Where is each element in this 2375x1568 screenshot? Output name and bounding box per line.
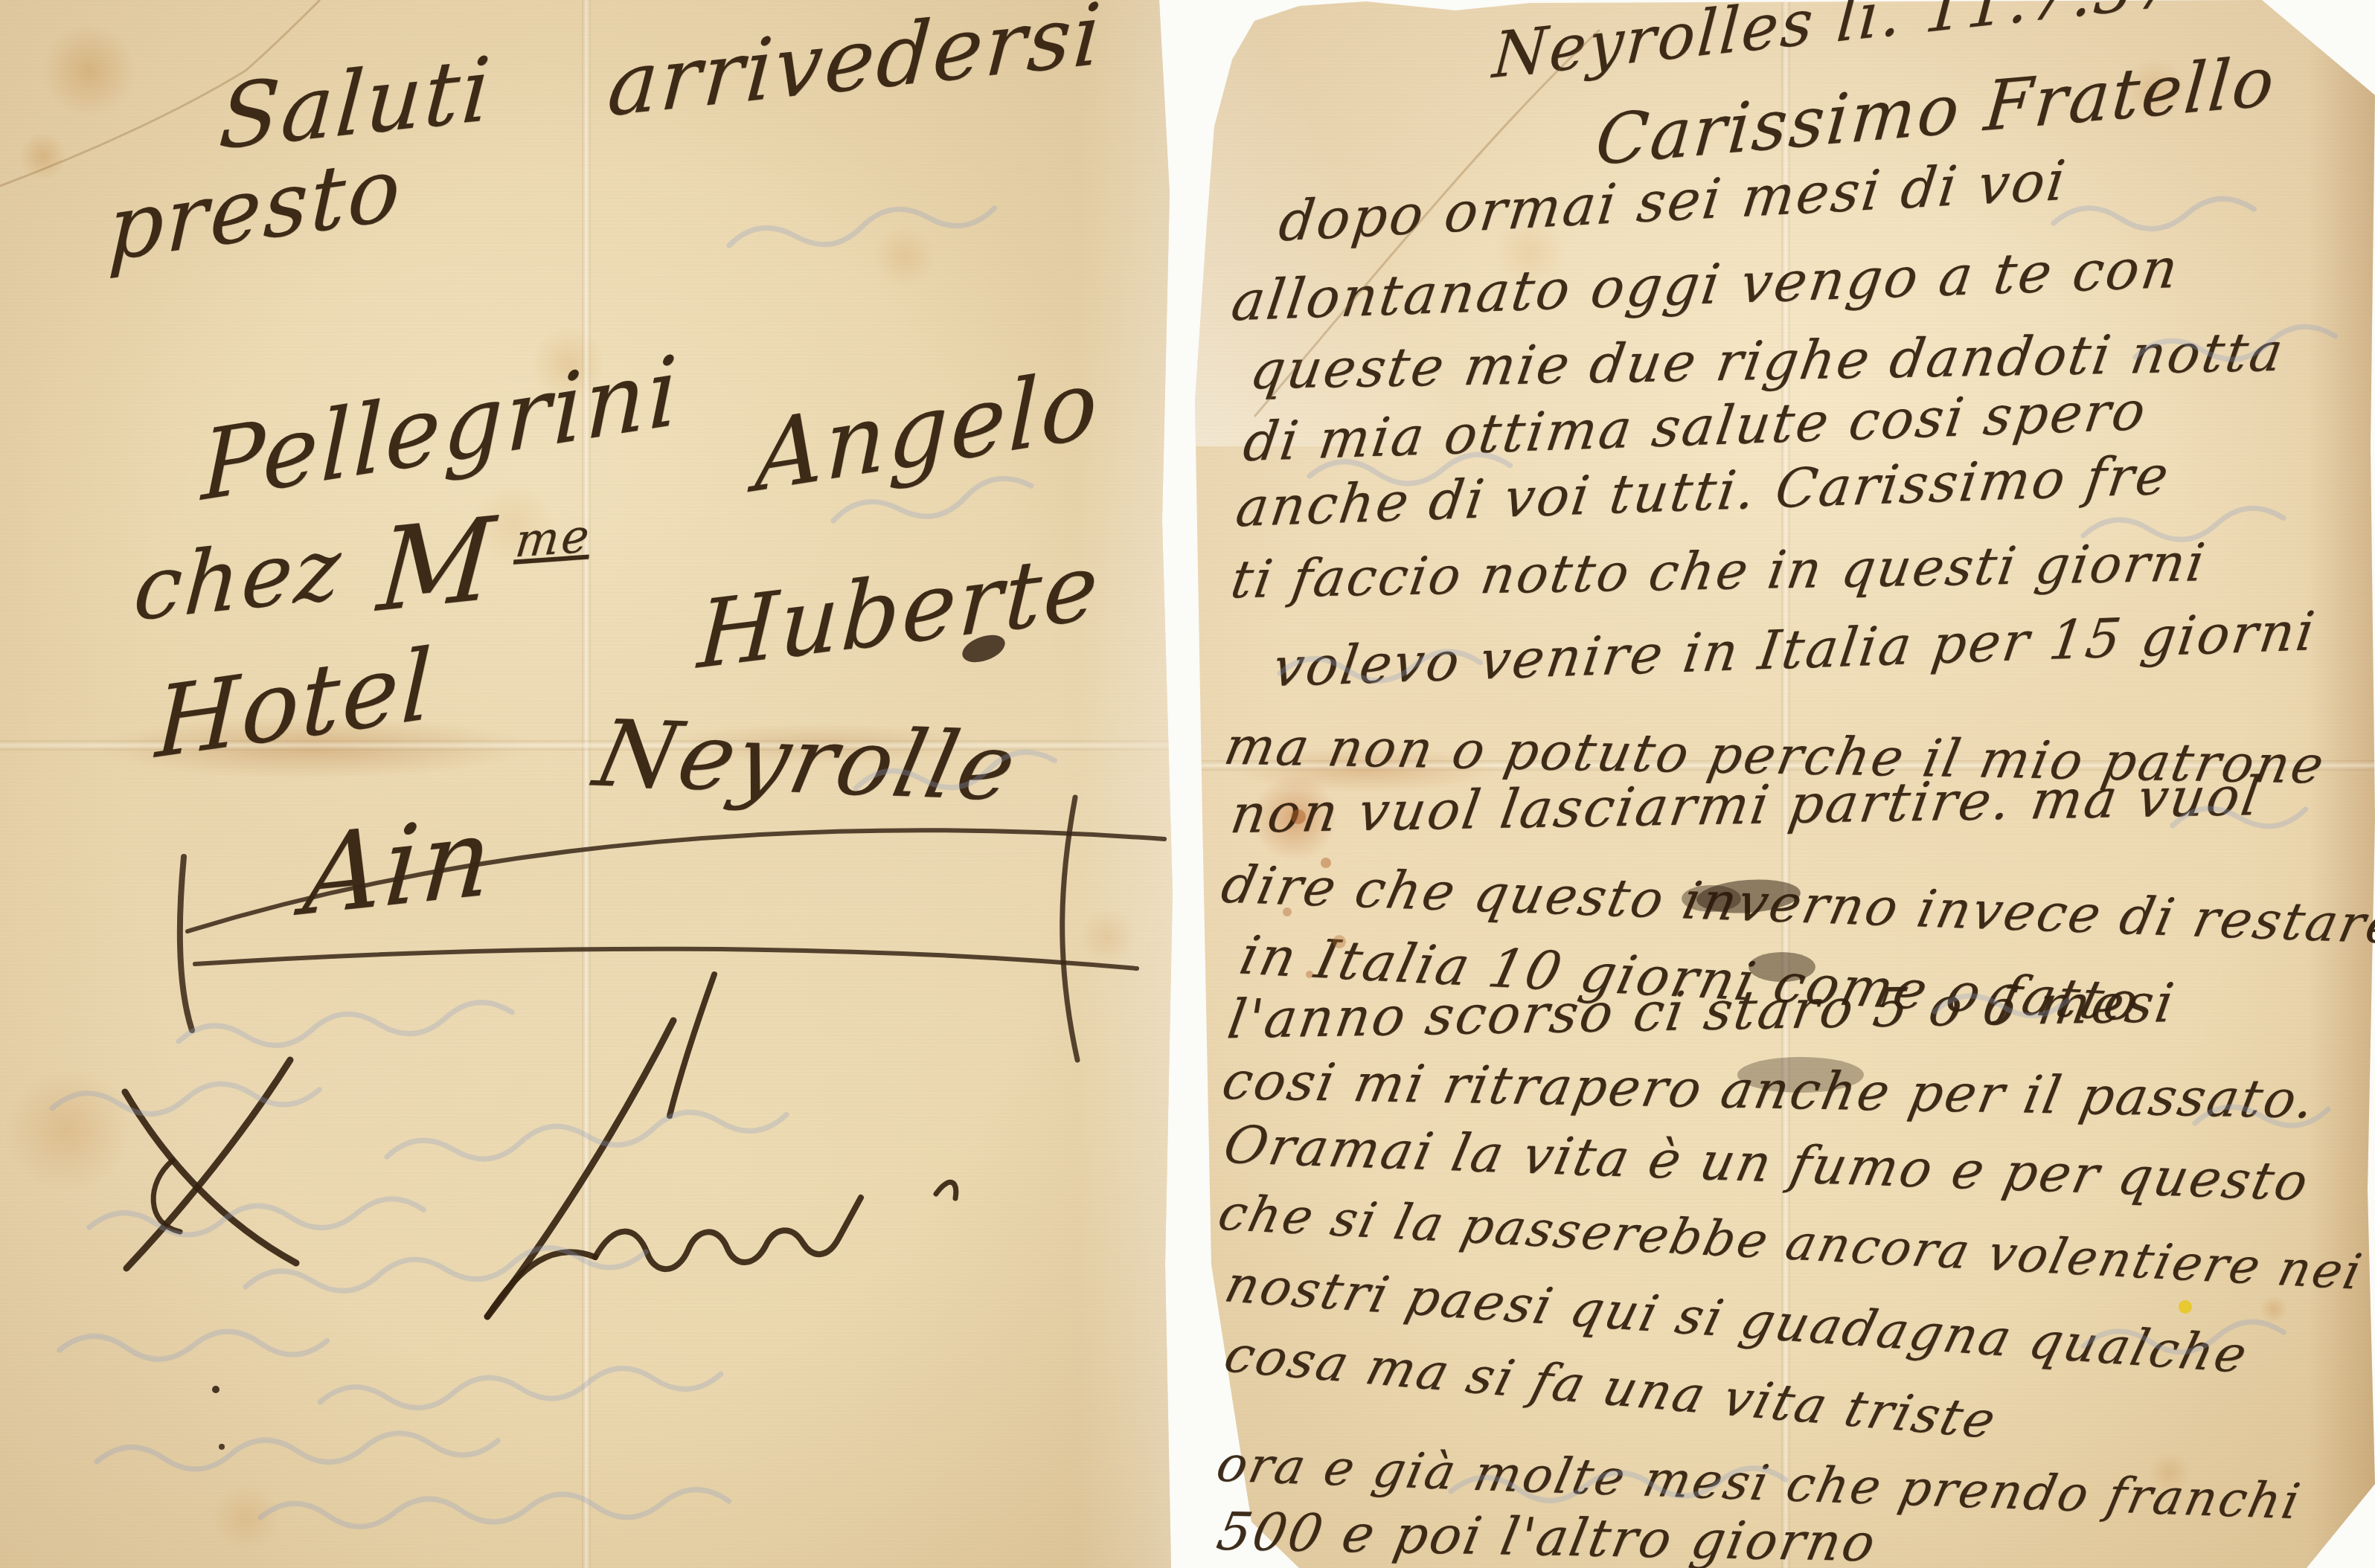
vertical-fold-left-page — [582, 0, 591, 1568]
handwritten-line-left: me — [513, 508, 594, 568]
handwritten-line-left: Ain — [300, 792, 498, 940]
handwritten-line-left: Neyrolle — [586, 701, 1028, 822]
letter-scan: SalutiarrivedersiprestoPellegriniAngeloc… — [0, 0, 2375, 1568]
handwritten-line-right: 500 e poi l'altro giorno — [1212, 1501, 1882, 1568]
handwritten-line-left: M — [374, 492, 500, 637]
